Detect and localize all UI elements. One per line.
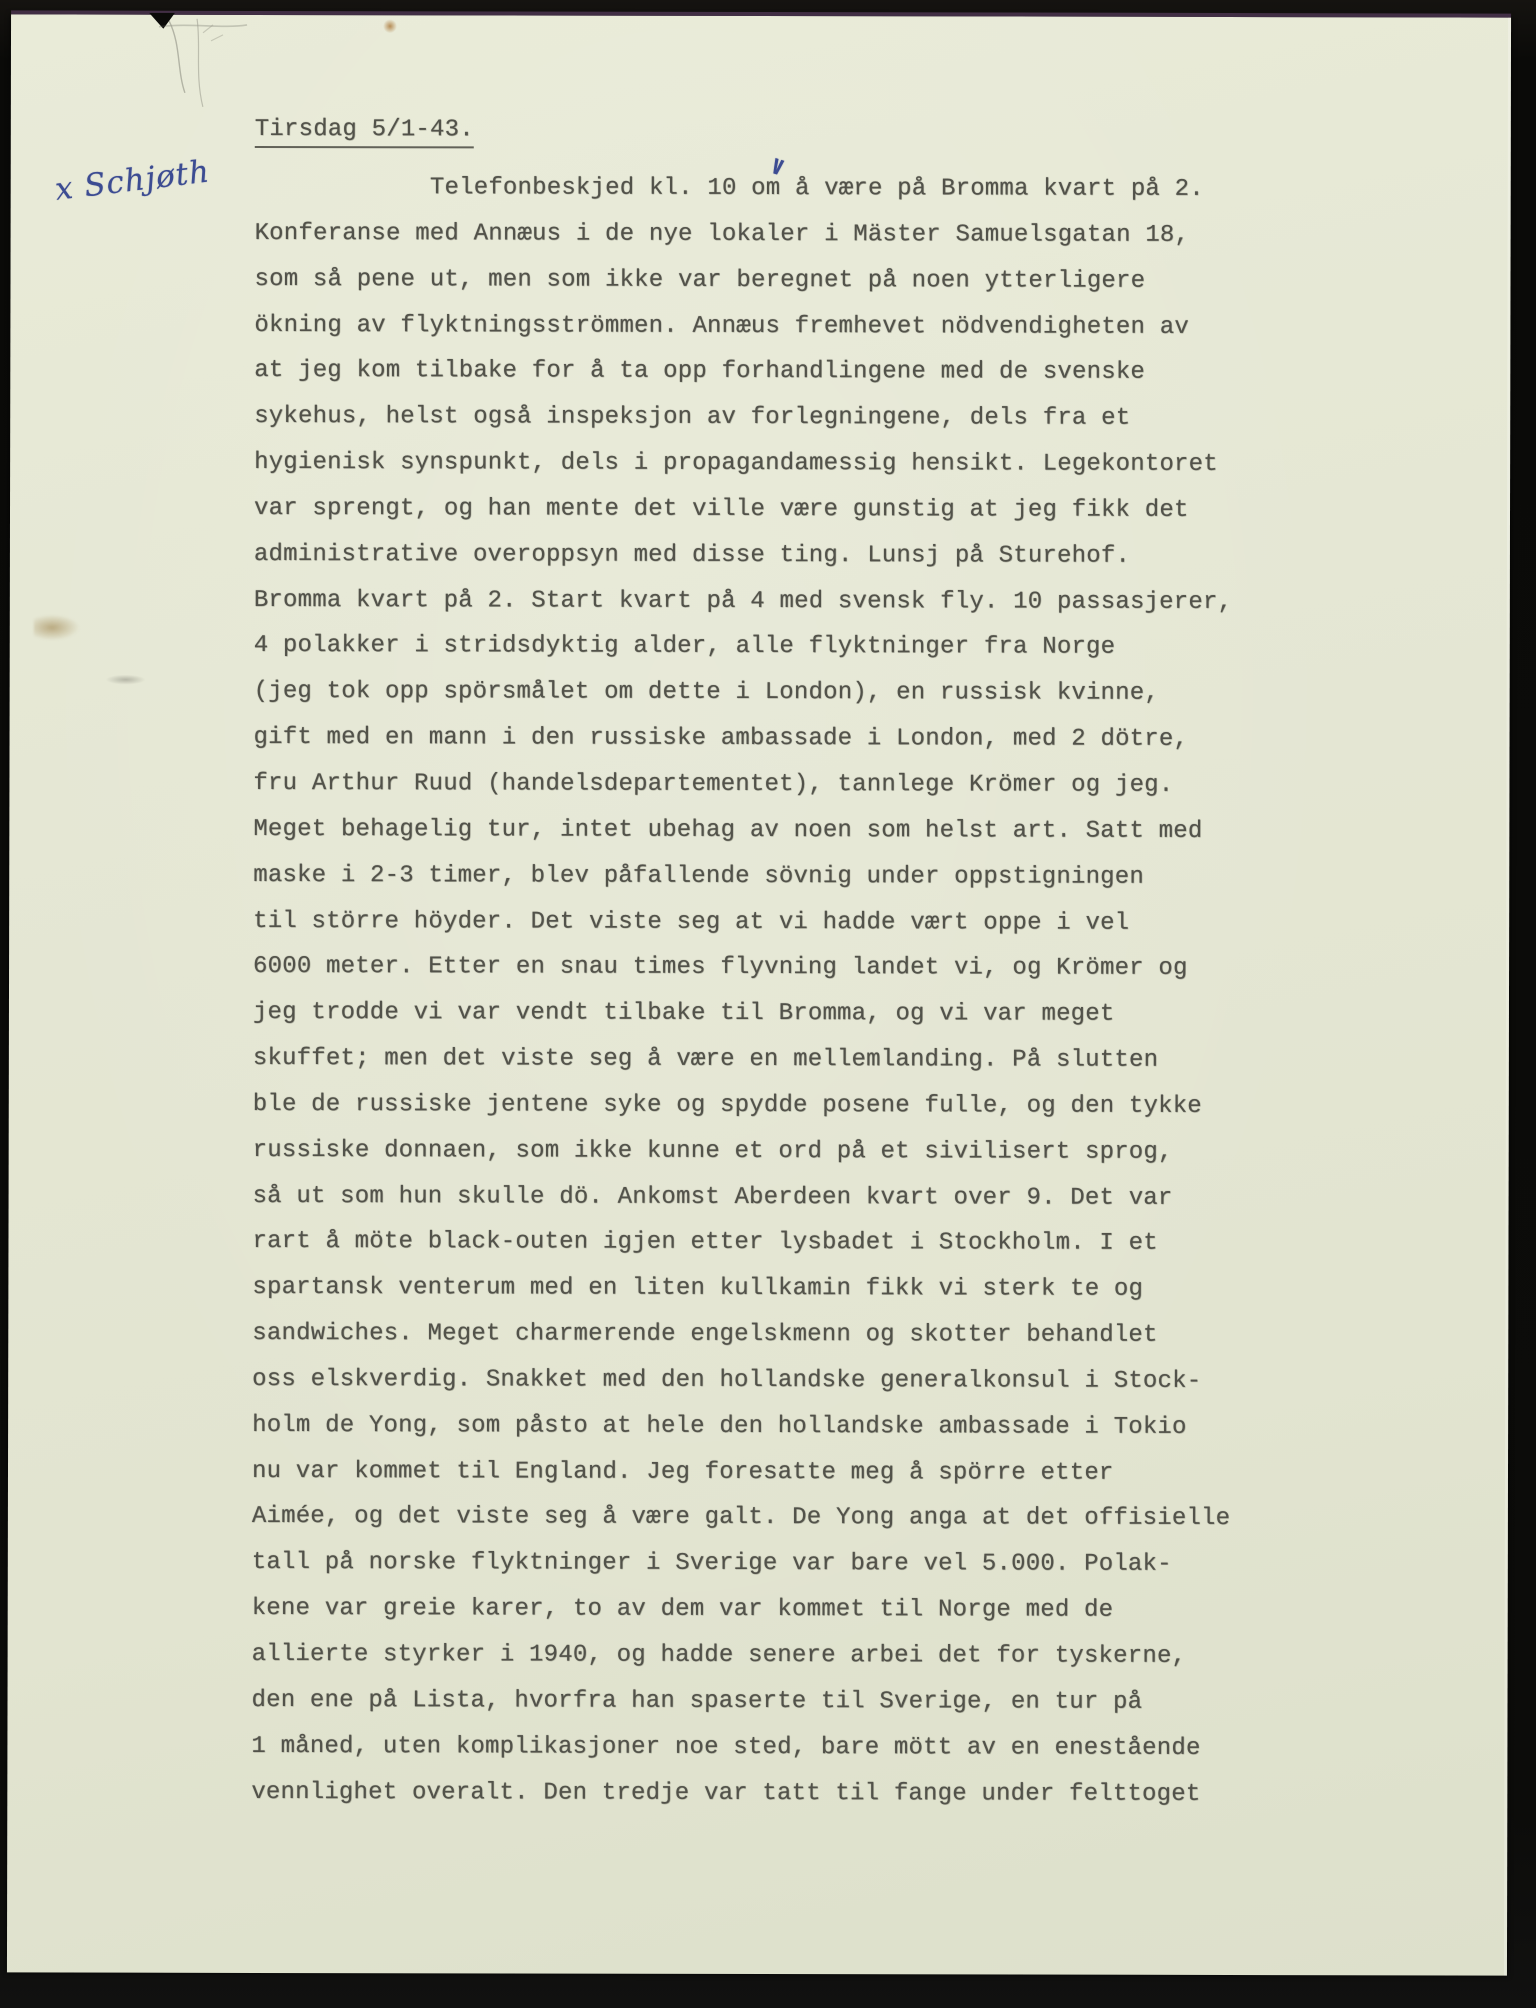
- diary-entry-line: som så pene ut, men som ikke var beregne…: [254, 257, 1514, 305]
- diary-entry-line: maske i 2-3 timer, blev påfallende sövni…: [253, 853, 1513, 901]
- diary-entry-line: 4 polakker i stridsdyktig alder, alle fl…: [254, 623, 1514, 671]
- diary-entry-line: den ene på Lista, hvorfra han spaserte t…: [251, 1678, 1511, 1726]
- diary-entry-line: holm de Yong, som påsto at hele den holl…: [252, 1403, 1512, 1451]
- diary-entry-line: til större höyder. Det viste seg at vi h…: [253, 898, 1513, 946]
- diary-entry-line: jeg trodde vi var vendt tilbake til Brom…: [253, 990, 1513, 1038]
- diary-entry-line: Telefonbeskjed kl. 10 om å være på Bromm…: [255, 165, 1515, 213]
- entry-heading-wrap: Tirsdag 5/1-43.: [255, 116, 474, 148]
- diary-entry-line: (jeg tok opp spörsmålet om dette i Londo…: [254, 669, 1514, 717]
- diary-entry-body: Telefonbeskjed kl. 10 om å være på Bromm…: [251, 165, 1514, 1818]
- diary-entry-line: spartansk venterum med en liten kullkami…: [252, 1265, 1512, 1313]
- paper-stain: [34, 614, 80, 640]
- diary-entry-line: allierte styrker i 1940, og hadde senere…: [252, 1632, 1512, 1680]
- diary-entry-line: skuffet; men det viste seg å være en mel…: [253, 1036, 1513, 1084]
- diary-entry-line: sykehus, helst også inspeksjon av forleg…: [254, 394, 1514, 442]
- paper-spot: [383, 19, 397, 33]
- diary-entry-line: russiske donnaen, som ikke kunne et ord …: [253, 1128, 1513, 1176]
- margin-annotation-handwritten: x Schjøth: [53, 153, 212, 207]
- diary-entry-line: ökning av flyktningsströmmen. Annæus fre…: [254, 302, 1514, 350]
- diary-entry-line: Aimée, og det viste seg å være galt. De …: [252, 1494, 1512, 1542]
- diary-entry-line: kene var greie karer, to av dem var komm…: [252, 1586, 1512, 1634]
- paper-smudge: [106, 675, 146, 685]
- diary-entry-line: 6000 meter. Etter en snau times flyvning…: [253, 944, 1513, 992]
- diary-entry-line: Meget behagelig tur, intet ubehag av noe…: [253, 807, 1513, 855]
- diary-entry-line: gift med en mann i den russiske ambassad…: [253, 715, 1513, 763]
- diary-entry-line: nu var kommet til England. Jeg foresatte…: [252, 1449, 1512, 1497]
- diary-entry-line: var sprengt, og han mente det ville være…: [254, 486, 1514, 534]
- diary-entry-line: oss elskverdig. Snakket med den hollands…: [252, 1357, 1512, 1405]
- diary-entry-line: ble de russiske jentene syke og spydde p…: [253, 1082, 1513, 1130]
- paper: x Schjøth ∨ Tirsdag 5/1-43. Telefonbeskj…: [7, 14, 1511, 1975]
- diary-entry-line: hygienisk synspunkt, dels i propagandame…: [254, 440, 1514, 488]
- entry-date-heading: Tirsdag 5/1-43.: [255, 116, 474, 148]
- diary-entry-line: Bromma kvart på 2. Start kvart på 4 med …: [254, 578, 1514, 626]
- diary-entry-line: 1 måned, uten komplikasjoner noe sted, b…: [251, 1724, 1511, 1772]
- diary-entry-line: tall på norske flyktninger i Sverige var…: [252, 1540, 1512, 1588]
- diary-entry-line: at jeg kom tilbake for å ta opp forhandl…: [254, 348, 1514, 396]
- diary-entry-line: administrative overoppsyn med disse ting…: [254, 532, 1514, 580]
- diary-entry-line: Konferanse med Annæus i de nye lokaler i…: [255, 211, 1515, 259]
- pencil-scribble: [151, 15, 271, 115]
- diary-entry-line: fru Arthur Ruud (handelsdepartementet), …: [253, 761, 1513, 809]
- diary-entry-line: rart å möte black-outen igjen etter lysb…: [252, 1219, 1512, 1267]
- diary-entry-line: så ut som hun skulle dö. Ankomst Aberdee…: [253, 1174, 1513, 1222]
- diary-entry-line: vennlighet overalt. Den tredje var tatt …: [251, 1769, 1511, 1817]
- diary-entry-line: sandwiches. Meget charmerende engelskmen…: [252, 1311, 1512, 1359]
